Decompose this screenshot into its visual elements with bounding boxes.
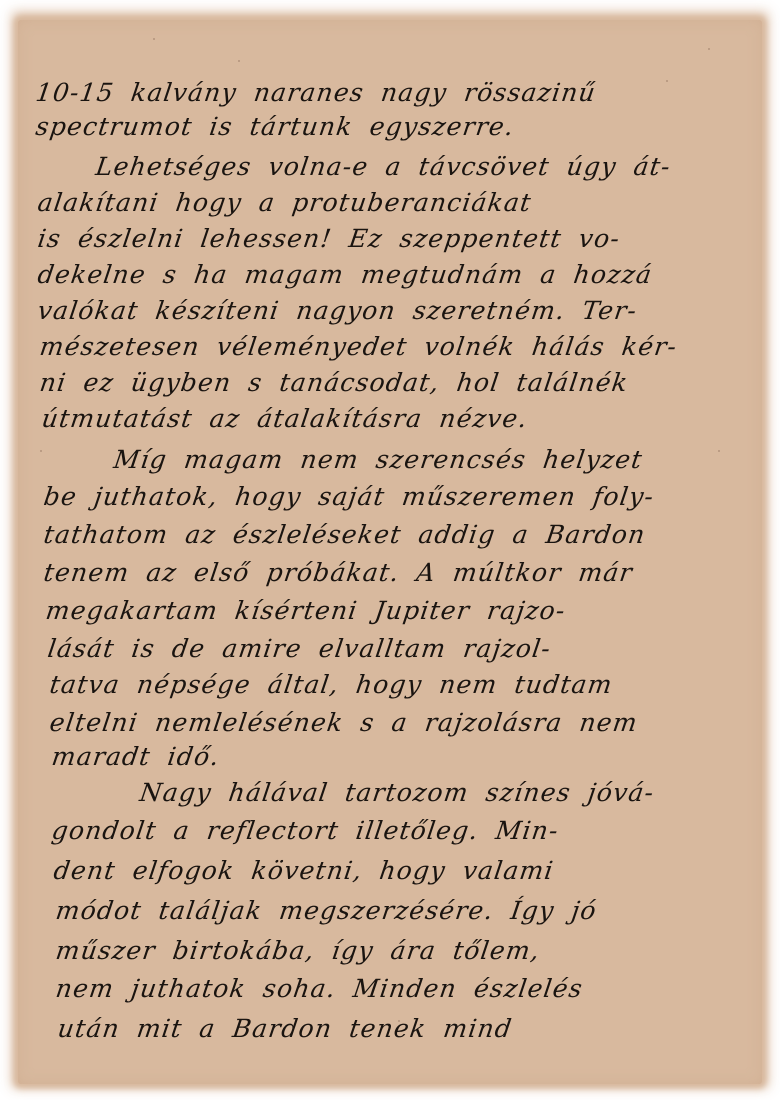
letter-line: módot találjak megszerzésére. Így jó <box>54 896 599 925</box>
letter-line: útmutatást az átalakításra nézve. <box>40 404 530 433</box>
letter-line: tatva népsége által, hogy nem tudtam <box>48 670 615 699</box>
letter-line: műszer birtokába, így ára tőlem, <box>54 936 542 965</box>
letter-line: Míg magam nem szerencsés helyzet <box>112 445 645 474</box>
letter-line: dent elfogok követni, hogy valami <box>52 856 556 885</box>
letter-page: 10-15 kalvány naranes nagy rössazinű spe… <box>18 20 762 1084</box>
paper-speck <box>153 38 155 40</box>
letter-line: ni ez ügyben s tanácsodat, hol találnék <box>38 368 630 397</box>
letter-line: maradt idő. <box>50 742 222 771</box>
letter-line: spectrumot is tártunk egyszerre. <box>34 112 516 141</box>
letter-line: Lehetséges volna-e a távcsövet úgy át- <box>94 152 673 181</box>
letter-line: Nagy hálával tartozom színes jóvá- <box>138 778 656 807</box>
paper-speck <box>238 60 240 62</box>
letter-line: megakartam kísérteni Jupiter rajzo- <box>44 596 568 625</box>
letter-line: tenem az első próbákat. A múltkor már <box>42 558 635 587</box>
letter-line: alakítani hogy a protuberanciákat <box>36 188 534 217</box>
paper-speck <box>718 450 720 452</box>
paper-speck <box>40 450 42 452</box>
letter-line: 10-15 kalvány naranes nagy rössazinű <box>34 78 598 107</box>
letter-line: után mit a Bardon tenek mind <box>56 1014 514 1043</box>
letter-line: lását is de amire elvalltam rajzol- <box>46 634 553 663</box>
letter-line: is észlelni lehessen! Ez szeppentett vo- <box>36 224 622 253</box>
letter-line: be juthatok, hogy saját műszeremen foly- <box>42 482 656 511</box>
paper-speck <box>666 80 668 82</box>
letter-line: mészetesen véleményedet volnék hálás kér… <box>38 332 679 361</box>
paper-speck <box>708 48 710 50</box>
letter-line: tathatom az észleléseket addig a Bardon <box>42 520 648 549</box>
letter-line: dekelne s ha magam megtudnám a hozzá <box>36 260 654 289</box>
letter-line: valókat készíteni nagyon szeretném. Ter- <box>36 296 639 325</box>
letter-line: gondolt a reflectort illetőleg. Min- <box>50 816 561 845</box>
letter-line: eltelni nemlelésének s a rajzolásra nem <box>48 708 640 737</box>
letter-line: nem juthatok soha. Minden észlelés <box>54 974 585 1003</box>
